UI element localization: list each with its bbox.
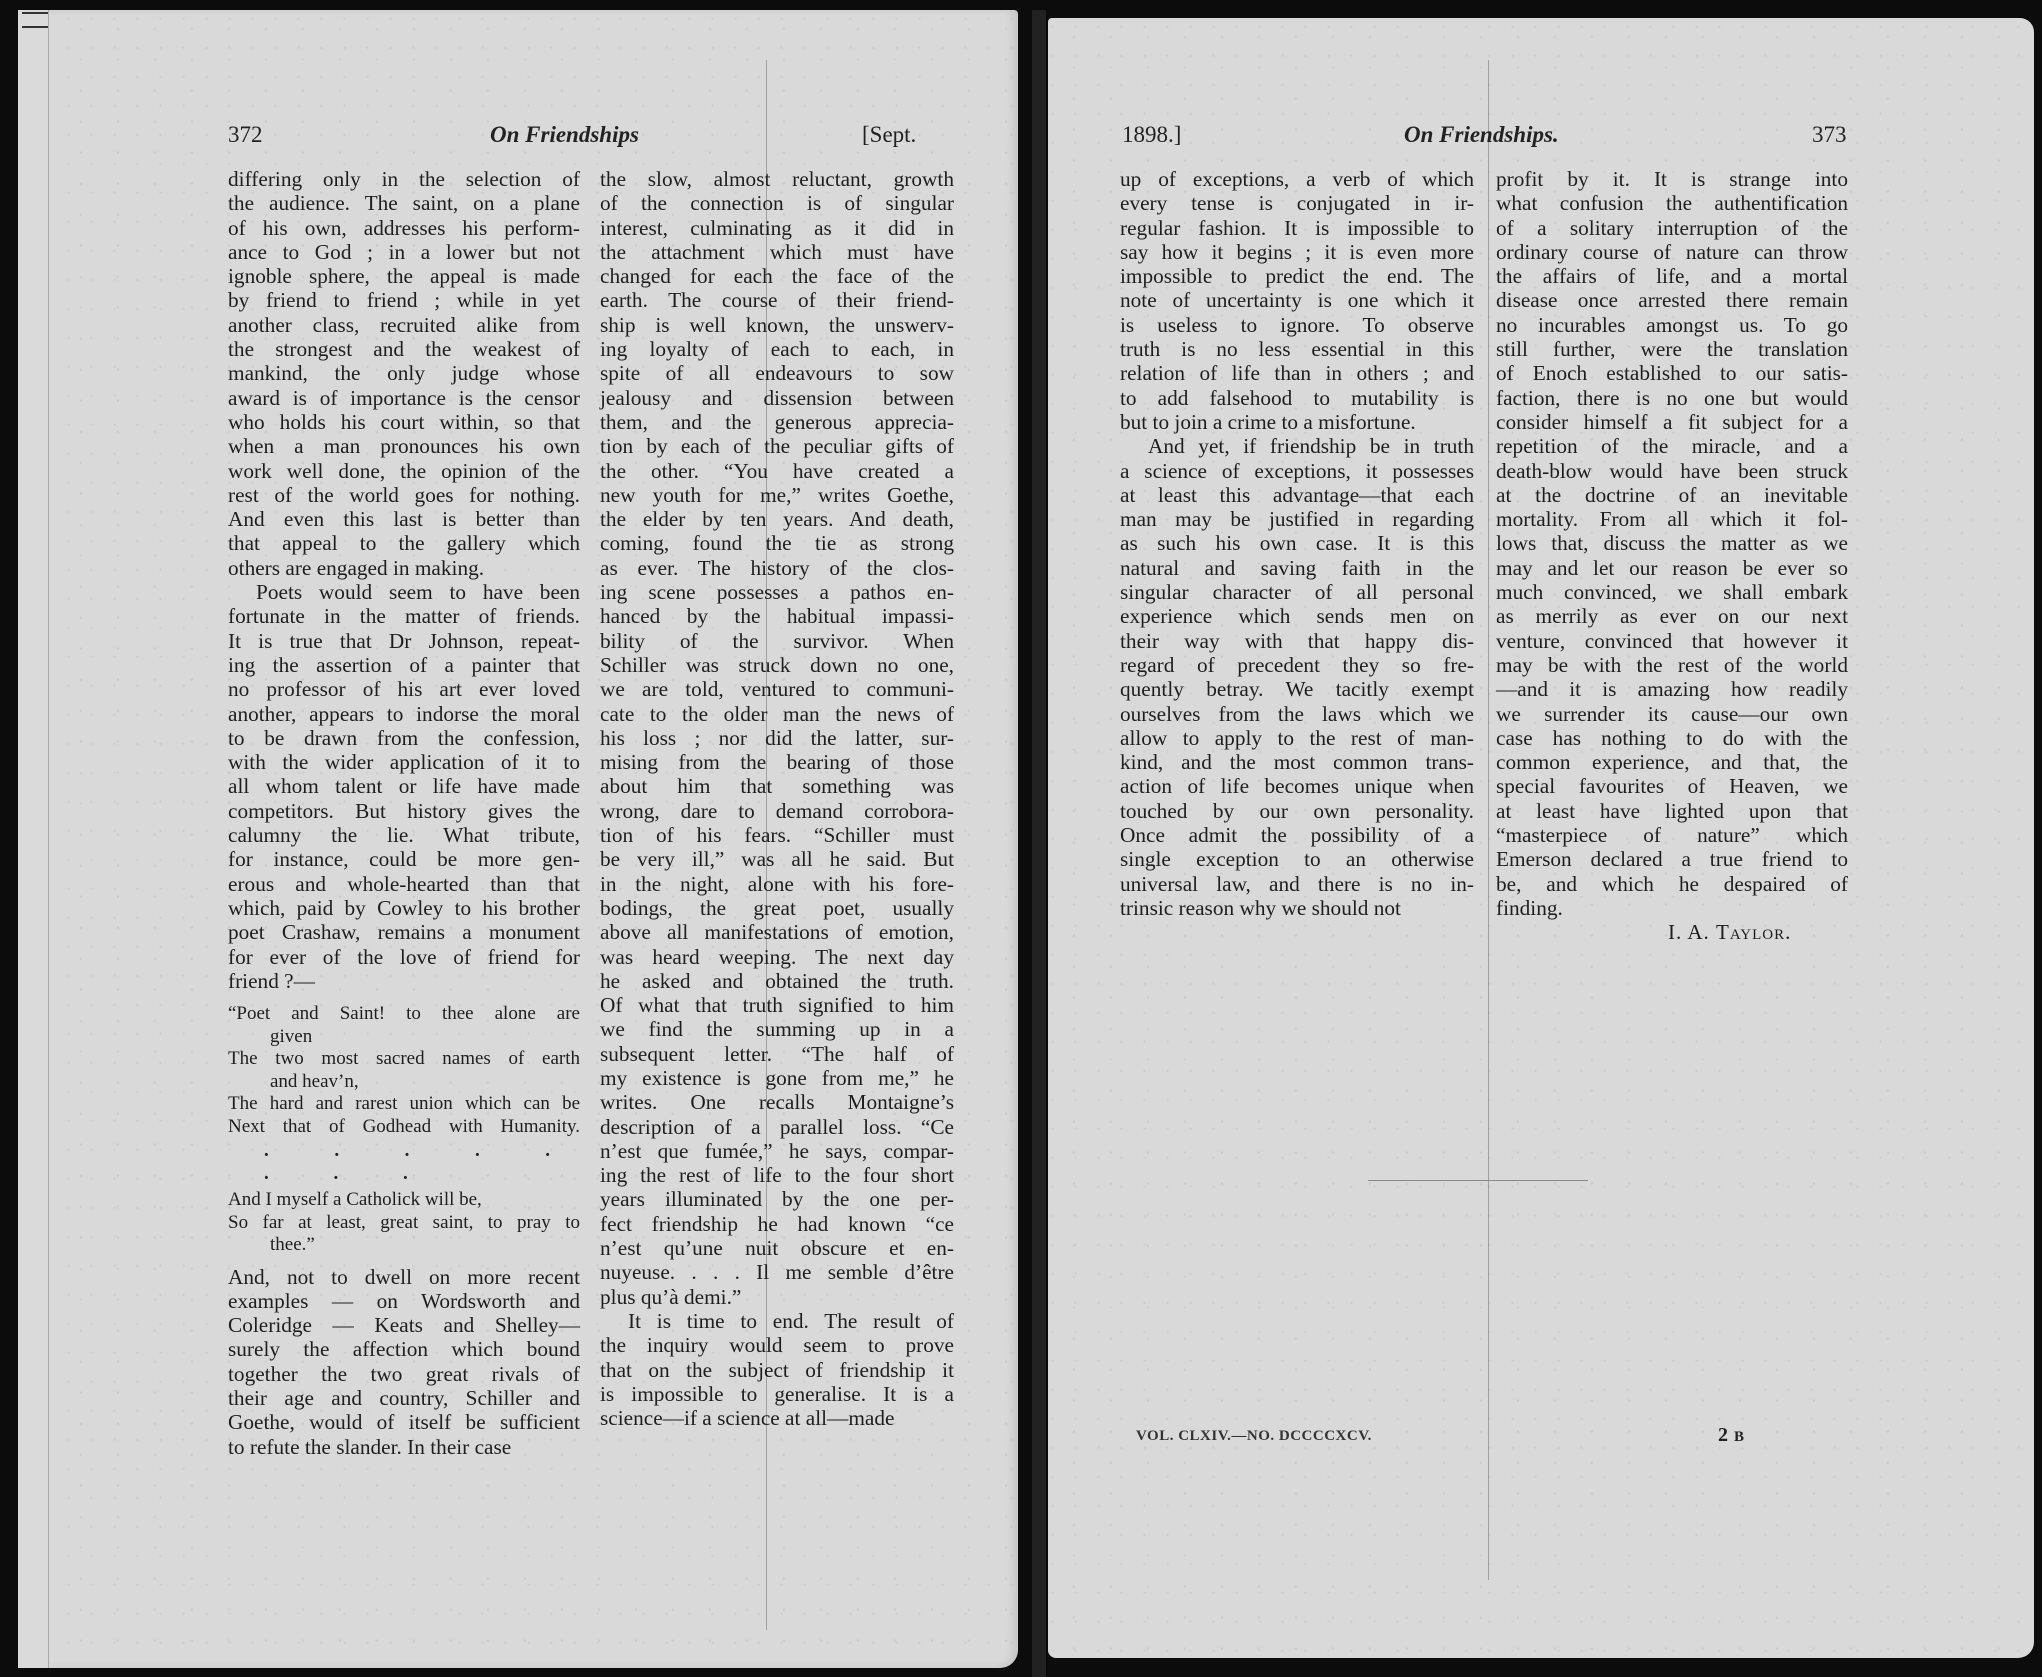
verse-line-continued: given [228, 1026, 580, 1049]
text-line: of a solitary interruption of the [1496, 216, 1848, 240]
text-line: no incurables amongst us. To go [1496, 313, 1848, 337]
text-line: single exception to an otherwise [1120, 847, 1474, 871]
text-line: when a man pronounces his own [228, 434, 580, 458]
author-initials: I. A. [1668, 920, 1710, 944]
text-line: cate to the older man the news of [600, 702, 954, 726]
text-line: venture, convinced that however it [1496, 629, 1848, 653]
text-line: of the connection is of singular [600, 191, 954, 215]
text-line: we find the summing up in a [600, 1017, 954, 1041]
text-line: the other. “You have created a [600, 459, 954, 483]
text-line: common experience, and that, the [1496, 750, 1848, 774]
text-line: rest of the world goes for nothing. [228, 483, 580, 507]
text-line: be very ill,” was all he said. But [600, 847, 954, 871]
text-line: up of exceptions, a verb of which [1120, 167, 1474, 191]
text-line: kind, and the most common trans- [1120, 750, 1474, 774]
text-line: be, and which he despaired of [1496, 872, 1848, 896]
page-number-right: 373 [1812, 122, 1847, 148]
page-edge-stack [18, 10, 49, 1668]
book-gutter [1032, 10, 1046, 1677]
text-line: another, appears to indorse the moral [228, 702, 580, 726]
paragraph: It is time to end. The result ofthe inqu… [600, 1309, 954, 1430]
text-line: is impossible to generalise. It is a [600, 1382, 954, 1406]
text-line: say how it begins ; it is even more [1120, 240, 1474, 264]
text-line: together the two great rivals of [228, 1362, 580, 1386]
text-line: ing the rest of life to the four short [600, 1163, 954, 1187]
text-line: action of life becomes unique when [1120, 774, 1474, 798]
text-line: the audience. The saint, on a plane [228, 191, 580, 215]
verse-line: And I myself a Catholick will be, [228, 1189, 580, 1212]
text-line: bility of the survivor. When [600, 629, 954, 653]
text-line: others are engaged in making. [228, 556, 580, 580]
text-line: ship is well known, the unswerv- [600, 313, 954, 337]
text-line: to add falsehood to mutability is [1120, 386, 1474, 410]
end-of-article-rule [1368, 1180, 1588, 1181]
text-line: plus qu’à demi.” [600, 1285, 954, 1309]
text-line: of his own, addresses his perform- [228, 216, 580, 240]
text-line: writes. One recalls Montaigne’s [600, 1090, 954, 1114]
verse-line: Next that of Godhead with Humanity. [228, 1116, 580, 1139]
text-line: in the night, alone with his fore- [600, 872, 954, 896]
text-line: singular character of all personal [1120, 580, 1474, 604]
verse-line: The hard and rarest union which can be [228, 1093, 580, 1116]
text-line: every tense is conjugated in ir- [1120, 191, 1474, 215]
text-line: the elder by ten years. And death, [600, 507, 954, 531]
verse-line: The two most sacred names of earth [228, 1048, 580, 1071]
text-line: fect friendship he had known “ce [600, 1212, 954, 1236]
text-line: universal law, and there is no in- [1120, 872, 1474, 896]
text-line: repetition of the miracle, and a [1496, 434, 1848, 458]
paragraph: differing only in the selection ofthe au… [228, 167, 580, 580]
printer-signature-mark: 2B [1718, 1424, 1744, 1447]
text-line: surely the affection which bound [228, 1337, 580, 1361]
text-line: poet Crashaw, remains a monument [228, 920, 580, 944]
text-line: differing only in the selection of [228, 167, 580, 191]
running-title-text: On Friendships. [1404, 122, 1559, 147]
author-surname: Taylor. [1716, 920, 1791, 944]
text-line: friend ?— [228, 969, 580, 993]
text-line: earth. The course of their friend- [600, 288, 954, 312]
text-line: allow to apply to the rest of man- [1120, 726, 1474, 750]
text-line: n’est que fumée,” he says, compar- [600, 1139, 954, 1163]
text-line: fortunate in the matter of friends. [228, 604, 580, 628]
text-line: interest, culminating as it did in [600, 216, 954, 240]
running-title-text: On Friendships [490, 122, 639, 147]
text-line: And yet, if friendship be in truth [1120, 434, 1474, 458]
paragraph: Poets would seem to have beenfortunate i… [228, 580, 580, 993]
text-line: mising from the bearing of those [600, 750, 954, 774]
text-line: profit by it. It is strange into [1496, 167, 1848, 191]
text-line: as such his own case. It is this [1120, 531, 1474, 555]
text-line: is useless to ignore. To observe [1120, 313, 1474, 337]
text-line: which, paid by Cowley to his brother [228, 896, 580, 920]
text-line: Goethe, would of itself be sufficient [228, 1410, 580, 1434]
paragraph: profit by it. It is strange intowhat con… [1496, 167, 1848, 920]
text-line: tion of his fears. “Schiller must [600, 823, 954, 847]
text-line: by friend to friend ; while in yet [228, 288, 580, 312]
text-line: subsequent letter. “The half of [600, 1042, 954, 1066]
quoted-verse: “Poet and Saint! to thee alone are given… [228, 1003, 580, 1257]
text-line: we are told, ventured to communi- [600, 677, 954, 701]
text-line: trinsic reason why we should not [1120, 896, 1474, 920]
text-line: special favourites of Heaven, we [1496, 774, 1848, 798]
text-line: but to join a crime to a misfortune. [1120, 410, 1474, 434]
text-line: award is of importance is the censor [228, 386, 580, 410]
text-line: hanced by the habitual impassi- [600, 604, 954, 628]
text-line: at least have lighted upon that [1496, 799, 1848, 823]
text-line: to refute the slander. In their case [228, 1435, 580, 1459]
text-line: much convinced, we shall embark [1496, 580, 1848, 604]
text-line: natural and saving faith in the [1120, 556, 1474, 580]
text-line: years illuminated by the one per- [600, 1187, 954, 1211]
text-line: ordinary course of nature can throw [1496, 240, 1848, 264]
page-number-left: 372 [228, 122, 263, 148]
text-line: the affairs of life, and a mortal [1496, 264, 1848, 288]
text-line: them, and the generous apprecia- [600, 410, 954, 434]
left-page-column-1: differing only in the selection ofthe au… [228, 167, 580, 1459]
text-line: description of a parallel loss. “Ce [600, 1115, 954, 1139]
text-line: relation of life than in others ; and [1120, 361, 1474, 385]
text-line: “masterpiece of nature” which [1496, 823, 1848, 847]
paragraph: And, not to dwell on more recentexamples… [228, 1265, 580, 1459]
text-line: tion by each of the peculiar gifts of [600, 434, 954, 458]
text-line: that on the subject of friendship it [600, 1358, 954, 1382]
left-page-column-2: the slow, almost reluctant, growthof the… [600, 167, 954, 1430]
text-line: to be drawn from the confession, [228, 726, 580, 750]
text-line: work well done, the opinion of the [228, 459, 580, 483]
text-line: n’est qu’une nuit obscure et en- [600, 1236, 954, 1260]
verse-ellipsis-dots: . . . . . . . . [228, 1140, 580, 1185]
text-line: And, not to dwell on more recent [228, 1265, 580, 1289]
text-line: case has nothing to do with the [1496, 726, 1848, 750]
signature-letter: B [1734, 1429, 1744, 1445]
text-line: that appeal to the gallery which [228, 531, 580, 555]
text-line: Of what that truth signified to him [600, 993, 954, 1017]
text-line: may and let our reason be ever so [1496, 556, 1848, 580]
text-line: coming, found the tie as strong [600, 531, 954, 555]
signature-number: 2 [1718, 1424, 1728, 1446]
text-line: ing the assertion of a painter that [228, 653, 580, 677]
text-line: what confusion the authentification [1496, 191, 1848, 215]
text-line: above all manifestations of emotion, [600, 920, 954, 944]
text-line: at least this advantage—that each [1120, 483, 1474, 507]
text-line: another class, recruited alike from [228, 313, 580, 337]
text-line: all whom talent or life have made [228, 774, 580, 798]
text-line: lows that, discuss the matter as we [1496, 531, 1848, 555]
text-line: science—if a science at all—made [600, 1406, 954, 1430]
text-line: was heard weeping. The next day [600, 945, 954, 969]
text-line: still further, were the translation [1496, 337, 1848, 361]
text-line: ing loyalty of each to each, in [600, 337, 954, 361]
text-line: erous and whole-hearted than that [228, 872, 580, 896]
text-line: ance to God ; in a lower but not [228, 240, 580, 264]
text-line: death-blow would have been struck [1496, 459, 1848, 483]
text-line: impossible to predict the end. The [1120, 264, 1474, 288]
text-line: regard of precedent they so fre- [1120, 653, 1474, 677]
text-line: faction, there is no one but would [1496, 386, 1848, 410]
text-line: the attachment which must have [600, 240, 954, 264]
paragraph: And yet, if friendship be in trutha scie… [1120, 434, 1474, 920]
text-line: jealousy and dissension between [600, 386, 954, 410]
page-edge-lines [22, 12, 48, 28]
text-line: competitors. But history gives the [228, 799, 580, 823]
text-line: touched by our own personality. [1120, 799, 1474, 823]
text-line: a science of exceptions, it possesses [1120, 459, 1474, 483]
text-line: for ever of the love of friend for [228, 945, 580, 969]
text-line: changed for each the face of the [600, 264, 954, 288]
text-line: at the doctrine of an inevitable [1496, 483, 1848, 507]
text-line: finding. [1496, 896, 1848, 920]
text-line: Once admit the possibility of a [1120, 823, 1474, 847]
text-line: It is time to end. The result of [600, 1309, 954, 1333]
text-line: ignoble sphere, the appeal is made [228, 264, 580, 288]
text-line: the inquiry would seem to prove [600, 1333, 954, 1357]
text-line: Schiller was struck down no one, [600, 653, 954, 677]
text-line: It is true that Dr Johnson, repeat- [228, 629, 580, 653]
text-line: man may be justified in regarding [1120, 507, 1474, 531]
text-line: mortality. From all which it fol- [1496, 507, 1848, 531]
text-line: consider himself a fit subject for a [1496, 410, 1848, 434]
text-line: their age and country, Schiller and [228, 1386, 580, 1410]
text-line: nuyeuse. . . . Il me semble d’être [600, 1260, 954, 1284]
running-date-right: 1898.] [1122, 122, 1181, 148]
text-line: Coleridge — Keats and Shelley— [228, 1313, 580, 1337]
volume-footer: VOL. CLXIV.—NO. DCCCCXCV. [1136, 1428, 1372, 1445]
text-line: experience which sends men on [1120, 604, 1474, 628]
text-line: regular fashion. It is impossible to [1120, 216, 1474, 240]
text-line: as ever. The history of the clos- [600, 556, 954, 580]
text-line: may be with the rest of the world [1496, 653, 1848, 677]
text-line: he asked and obtained the truth. [600, 969, 954, 993]
text-line: ing scene possesses a pathos en- [600, 580, 954, 604]
text-line: note of uncertainty is one which it [1120, 288, 1474, 312]
text-line: their way with that happy dis- [1120, 629, 1474, 653]
text-line: with the wider application of it to [228, 750, 580, 774]
paragraph: the slow, almost reluctant, growthof the… [600, 167, 954, 1309]
text-line: Poets would seem to have been [228, 580, 580, 604]
text-line: quently betray. We tacitly exempt [1120, 677, 1474, 701]
text-line: mankind, the only judge whose [228, 361, 580, 385]
text-line: new youth for me,” writes Goethe, [600, 483, 954, 507]
running-title-left: On Friendships [490, 122, 639, 148]
page-fold-crease [1488, 60, 1489, 1580]
text-line: calumny the lie. What tribute, [228, 823, 580, 847]
text-line: examples — on Wordsworth and [228, 1289, 580, 1313]
verse-line: So far at least, great saint, to pray to [228, 1212, 580, 1235]
right-page-column-2: profit by it. It is strange intowhat con… [1496, 167, 1848, 920]
running-title-right: On Friendships. [1404, 122, 1559, 148]
verse-line: “Poet and Saint! to thee alone are [228, 1003, 580, 1026]
text-line: no professor of his art ever loved [228, 677, 580, 701]
text-line: my existence is gone from me,” he [600, 1066, 954, 1090]
author-signature: I. A. Taylor. [1668, 920, 1791, 945]
paragraph: up of exceptions, a verb of whichevery t… [1120, 167, 1474, 434]
right-page-column-1: up of exceptions, a verb of whichevery t… [1120, 167, 1474, 920]
text-line: for instance, could be more gen- [228, 847, 580, 871]
text-line: of Enoch established to our satis- [1496, 361, 1848, 385]
text-line: And even this last is better than [228, 507, 580, 531]
text-line: his loss ; nor did the latter, sur- [600, 726, 954, 750]
text-line: the slow, almost reluctant, growth [600, 167, 954, 191]
text-line: about him that something was [600, 774, 954, 798]
text-line: we surrender its cause—our own [1496, 702, 1848, 726]
running-date-left: [Sept. [862, 122, 916, 148]
text-line: truth is no less essential in this [1120, 337, 1474, 361]
text-line: disease once arrested there remain [1496, 288, 1848, 312]
text-line: bodings, the great poet, usually [600, 896, 954, 920]
text-line: spite of all endeavours to sow [600, 361, 954, 385]
text-line: as merrily as ever on our next [1496, 604, 1848, 628]
text-line: ourselves from the laws which we [1120, 702, 1474, 726]
text-line: Emerson declared a true friend to [1496, 847, 1848, 871]
text-line: the strongest and the weakest of [228, 337, 580, 361]
verse-line-continued: thee.” [228, 1234, 580, 1257]
text-line: who holds his court within, so that [228, 410, 580, 434]
text-line: —and it is amazing how readily [1496, 677, 1848, 701]
verse-line-continued: and heav’n, [228, 1071, 580, 1094]
text-line: wrong, dare to demand corrobora- [600, 799, 954, 823]
